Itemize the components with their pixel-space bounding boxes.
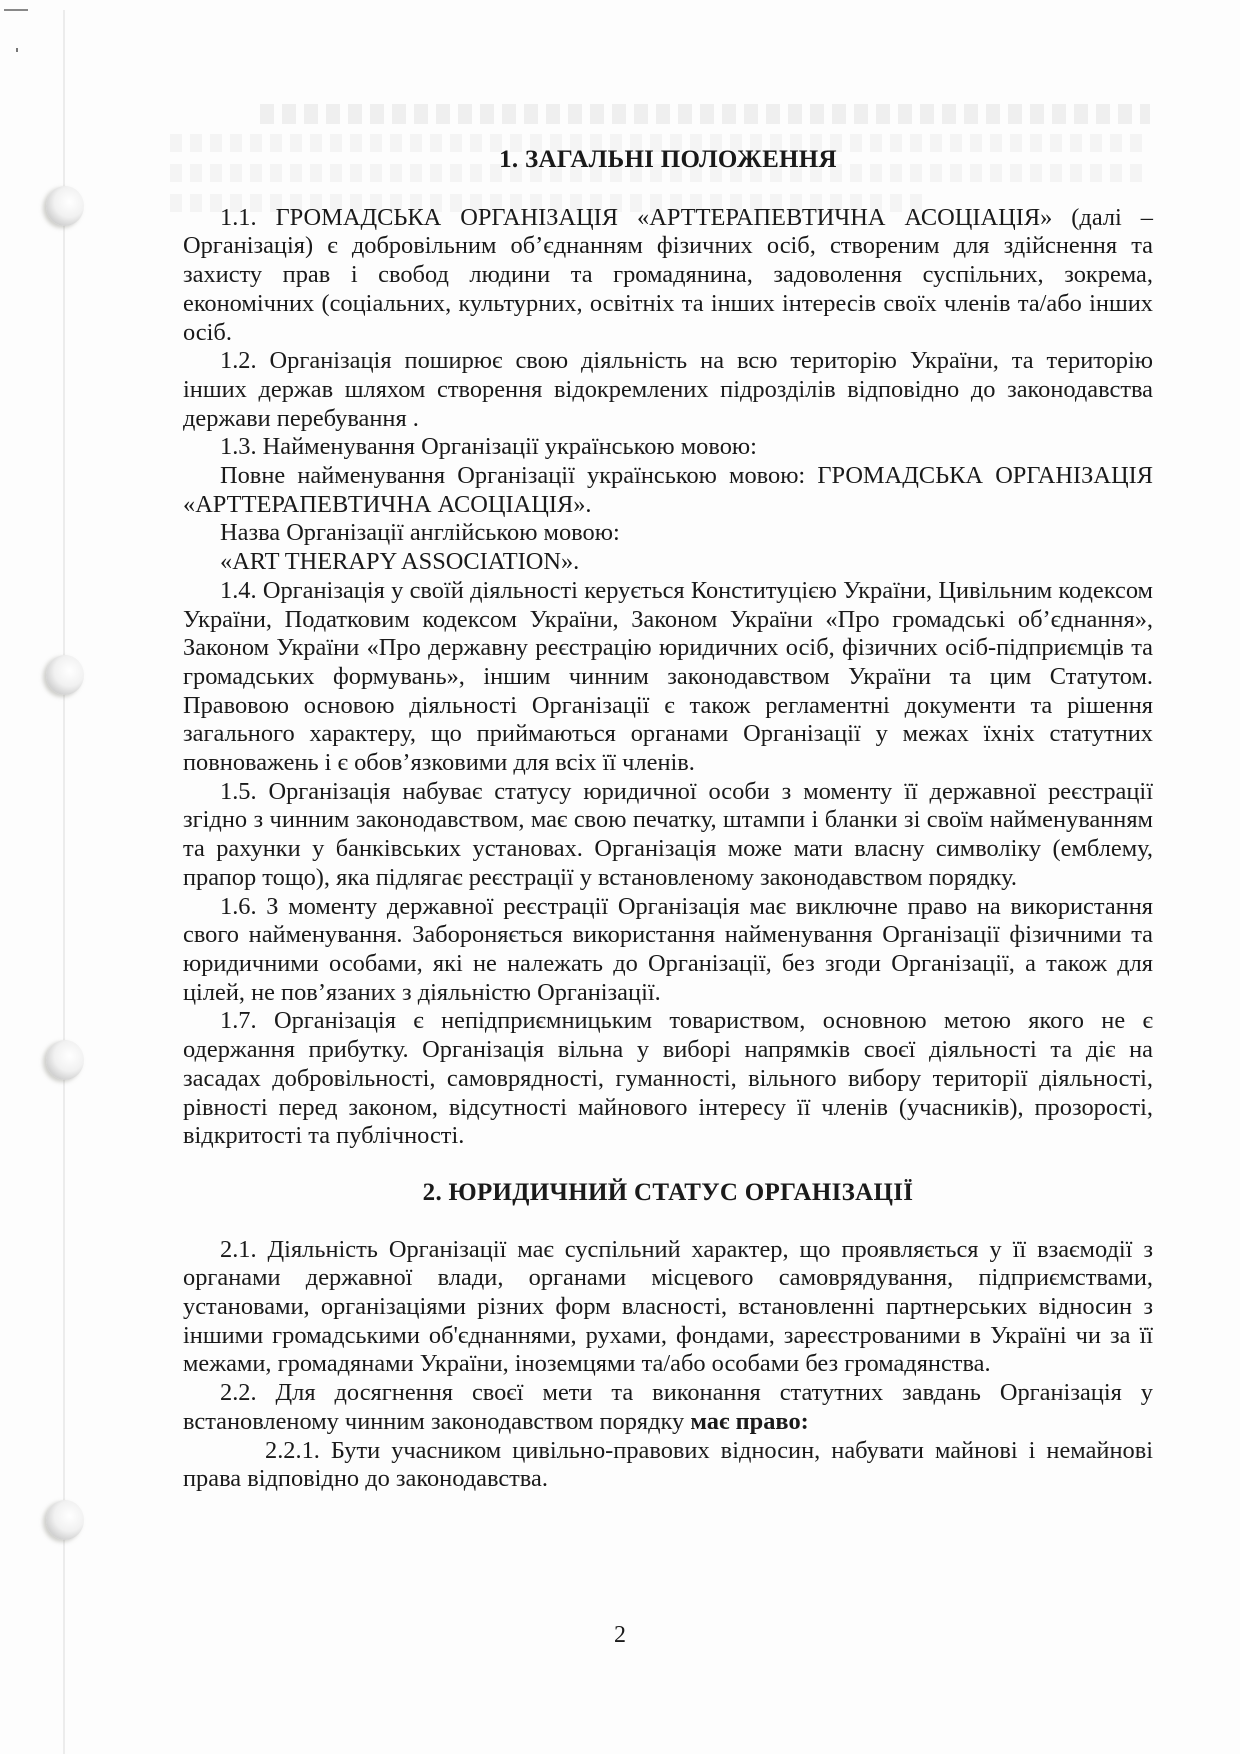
punch-hole-icon	[46, 1500, 84, 1540]
paragraph-1-4: 1.4. Організація у своїй діяльності керу…	[183, 577, 1153, 778]
paragraph-2-2-1: 2.2.1. Бути учасником цивільно-правових …	[183, 1437, 1153, 1494]
paragraph-english-name-label: Назва Організації англійською мовою:	[183, 519, 1153, 548]
punch-hole-icon	[46, 655, 84, 695]
document-page: 1. ЗАГАЛЬНІ ПОЛОЖЕННЯ 1.1. ГРОМАДСЬКА ОР…	[183, 146, 1153, 1494]
section-2-title: 2. ЮРИДИЧНИЙ СТАТУС ОРГАНІЗАЦІЇ	[183, 1179, 1153, 1208]
paragraph-1-6: 1.6. З моменту державної реєстрації Орга…	[183, 893, 1153, 1008]
paragraph-2-1: 2.1. Діяльність Організації має суспільн…	[183, 1236, 1153, 1380]
scan-speck	[16, 48, 18, 52]
paragraph-1-3: 1.3. Найменування Організації українсько…	[183, 433, 1153, 462]
punch-hole-icon	[46, 1040, 84, 1080]
paragraph-1-5: 1.5. Організація набуває статусу юридичн…	[183, 778, 1153, 893]
punch-hole-icon	[46, 186, 84, 226]
paragraph-2-2: 2.2. Для досягнення своєї мети та викона…	[183, 1379, 1153, 1436]
scan-edge-mark	[4, 9, 28, 11]
paragraph-full-name: Повне найменування Організації українськ…	[183, 462, 1153, 519]
paragraph-1-2: 1.2. Організація поширює свою діяльність…	[183, 347, 1153, 433]
scan-edge-line	[63, 10, 65, 1754]
paragraph-1-1: 1.1. ГРОМАДСЬКА ОРГАНІЗАЦІЯ «АРТТЕРАПЕВТ…	[183, 204, 1153, 348]
paragraph-2-2-emphasis: має право:	[690, 1408, 808, 1435]
paragraph-2-2-text: 2.2. Для досягнення своєї мети та викона…	[183, 1379, 1153, 1435]
paragraph-1-7: 1.7. Організація є непідприємницьким тов…	[183, 1007, 1153, 1151]
page-number: 2	[0, 1622, 1240, 1649]
section-1-title: 1. ЗАГАЛЬНІ ПОЛОЖЕННЯ	[183, 146, 1153, 175]
paragraph-english-name: «ART THERAPY ASSOCIATION».	[183, 548, 1153, 577]
